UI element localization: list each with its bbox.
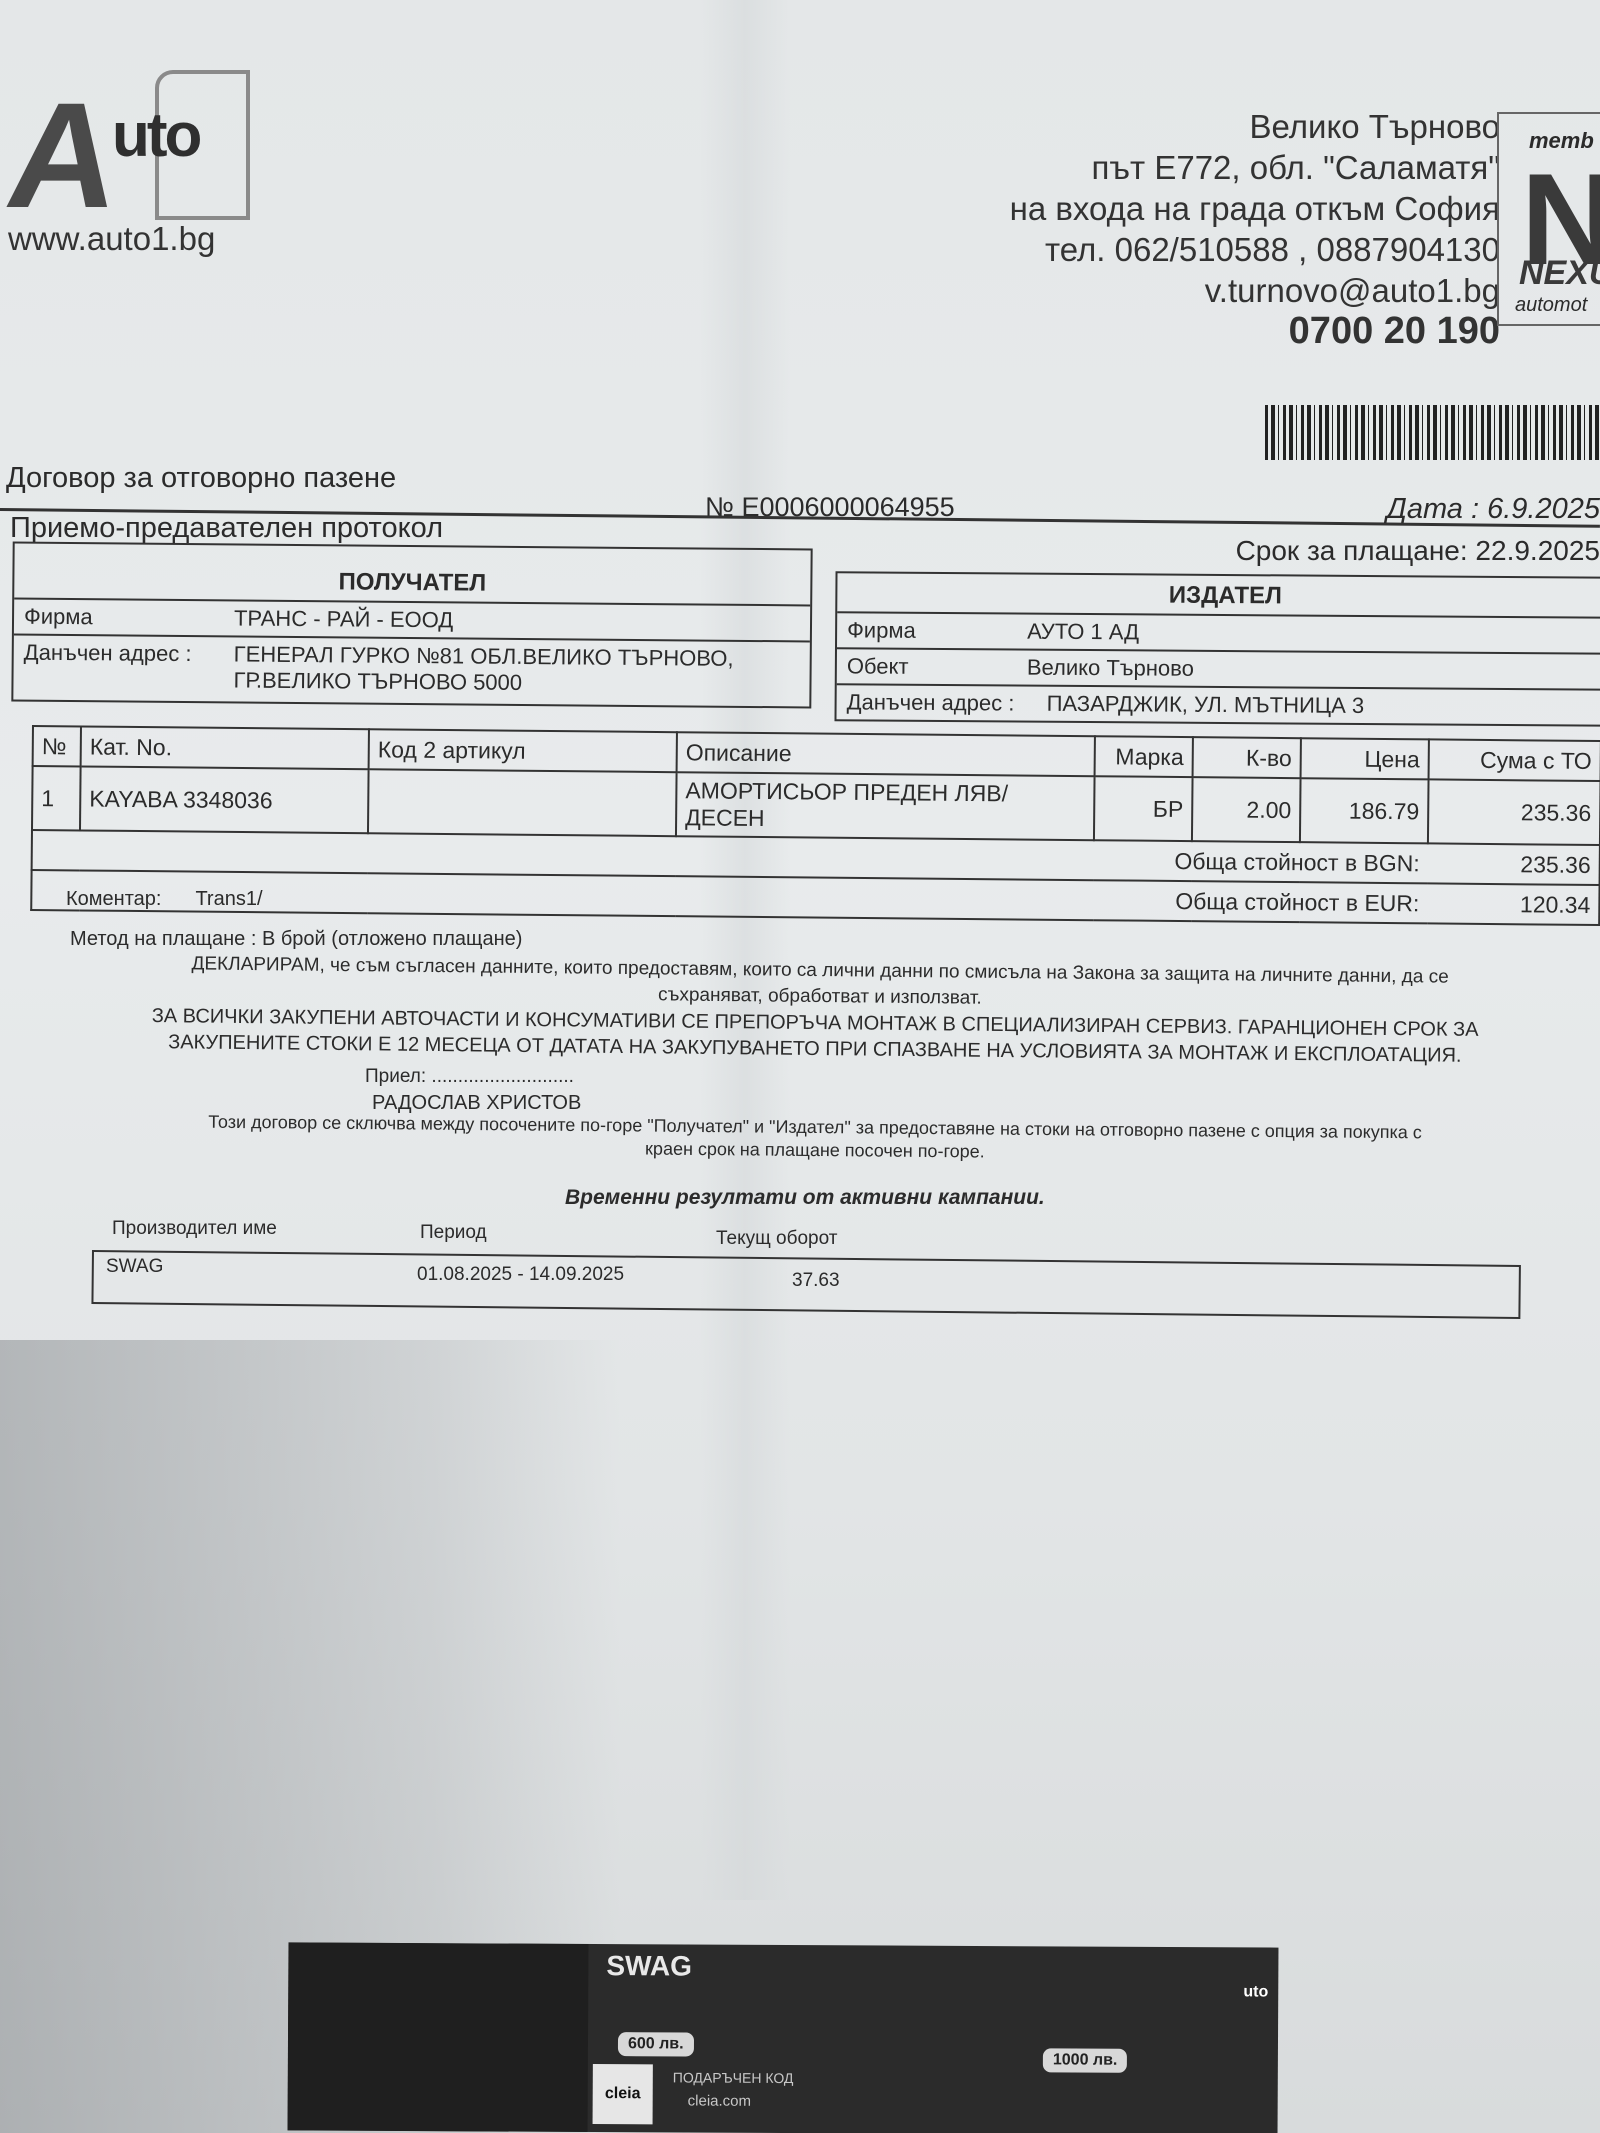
- recipient-firm-label: Фирма: [24, 604, 234, 632]
- total-bgn: 235.36: [1428, 843, 1600, 885]
- item-price: 186.79: [1300, 778, 1429, 843]
- document-subtitle: Приемо-предавателен протокол: [10, 512, 443, 545]
- recipient-box: ПОЛУЧАТЕЛ Фирма ТРАНС - РАЙ - ЕООД Данъч…: [11, 542, 812, 709]
- issuer-box: ИЗДАТЕЛ Фирма АУТО 1 АД Обект Велико Тър…: [834, 571, 1600, 726]
- item-cat-no: KAYABA 3348036: [80, 766, 369, 833]
- item-sum: 235.36: [1428, 779, 1600, 845]
- issuer-firm: АУТО 1 АД: [1027, 619, 1600, 649]
- paper-fold: [700, 0, 790, 1900]
- nexus-member-logo: memb N NEXU automot: [1497, 112, 1600, 326]
- campaign-period: 01.08.2025 - 14.09.2025: [417, 1264, 624, 1286]
- issuer-address-row: Данъчен адрес : ПАЗАРДЖИК, УЛ. МЪТНИЦА 3: [836, 685, 1600, 724]
- comment-value: Trans1/: [195, 888, 262, 910]
- col-no: №: [33, 726, 81, 766]
- promo-gift-code: ПОДАРЪЧЕН КОД: [673, 2069, 794, 2086]
- total-eur: 120.34: [1427, 883, 1599, 925]
- recipient-address-line2: ГР.ВЕЛИКО ТЪРНОВО 5000: [233, 667, 799, 698]
- payment-due-date: Срок за плащане: 22.9.2025: [1236, 535, 1600, 567]
- issuer-site-label: Обект: [847, 653, 1027, 680]
- promo-product-panel: [288, 1942, 589, 2132]
- campaign-col-manufacturer: Производител име: [112, 1218, 277, 1240]
- nexus-sub: automot: [1515, 294, 1587, 317]
- item-code2: [368, 769, 677, 836]
- items-table: № Кат. No. Код 2 артикул Описание Марка …: [30, 725, 1600, 926]
- document-title: Договор за отговорно пазене: [6, 462, 396, 495]
- col-price: Цена: [1301, 738, 1429, 779]
- col-cat-no: Кат. No.: [81, 726, 369, 769]
- payment-method: Метод на плащане : В брой (отложено плащ…: [70, 928, 522, 951]
- recipient-header: ПОЛУЧАТЕЛ: [14, 544, 810, 607]
- issuer-firm-row: Фирма АУТО 1 АД: [837, 613, 1600, 654]
- col-code2: Код 2 артикул: [369, 729, 677, 772]
- issuer-firm-label: Фирма: [847, 617, 1027, 644]
- promo-brand: SWAG: [606, 1950, 692, 1982]
- recipient-firm: ТРАНС - РАЙ - ЕООД: [234, 605, 800, 636]
- recipient-address-row: Данъчен адрес : ГЕНЕРАЛ ГУРКО №81 ОБЛ.ВЕ…: [13, 636, 809, 703]
- issuer-header: ИЗДАТЕЛ: [837, 573, 1600, 618]
- comment-label: Коментар:: [66, 888, 161, 910]
- col-qty: К-во: [1193, 737, 1301, 778]
- promo-auto1-logo: uto: [1243, 1983, 1268, 2001]
- promo-banner: SWAG 600 лв. 1000 лв. cleia ПОДАРЪЧЕН КО…: [288, 1942, 1279, 2133]
- document-date: Дата : 6.9.2025: [1386, 493, 1600, 526]
- promo-prize3: 600 лв.: [618, 2032, 694, 2056]
- item-unit: БР: [1094, 776, 1193, 841]
- issuer-site: Велико Търново: [1027, 655, 1600, 685]
- branch-phones: тел. 062/510588 , 0887904130: [1010, 229, 1500, 270]
- item-no: 1: [32, 766, 81, 830]
- logo-letters-uto: uto: [112, 100, 199, 171]
- promo-prize2: 1000 лв.: [1043, 2048, 1128, 2072]
- nexus-name: NEXU: [1519, 254, 1600, 293]
- received-by-label: Приел: ...........................: [365, 1066, 574, 1088]
- cleia-logo: cleia: [593, 2064, 653, 2124]
- col-sum: Сума с ТО: [1429, 739, 1600, 781]
- branch-hotline: 0700 20 190: [1010, 311, 1500, 352]
- campaign-col-period: Период: [420, 1222, 487, 1244]
- recipient-address-label: Данъчен адрес :: [23, 640, 233, 694]
- comment: Коментар:Trans1/: [66, 888, 263, 911]
- col-description: Описание: [677, 732, 1095, 776]
- issuer-address-label: Данъчен адрес :: [847, 689, 1047, 716]
- branch-direction: на входа на града откъм София: [1010, 188, 1500, 229]
- campaign-col-turnover: Текущ оборот: [716, 1228, 837, 1250]
- branch-road: път Е772, обл. "Саламатя": [1010, 147, 1500, 188]
- campaign-turnover: 37.63: [792, 1270, 840, 1292]
- branch-email: v.turnovo@auto1.bg: [1010, 270, 1500, 311]
- item-qty: 2.00: [1192, 777, 1301, 842]
- promo-site: cleia.com: [688, 2093, 751, 2110]
- issuer-address: ПАЗАРДЖИК, УЛ. МЪТНИЦА 3: [1047, 691, 1600, 721]
- item-description: АМОРТИСЬОР ПРЕДЕН ЛЯВ/ДЕСЕН: [676, 772, 1095, 840]
- branch-address: Велико Търново път Е772, обл. "Саламатя"…: [1010, 106, 1500, 352]
- campaigns-title: Временни резултати от активни кампании.: [565, 1186, 1045, 1210]
- issuer-site-row: Обект Велико Търново: [837, 649, 1600, 690]
- barcode: [1265, 405, 1600, 460]
- campaign-manufacturer: SWAG: [106, 1256, 163, 1278]
- col-unit: Марка: [1095, 736, 1193, 777]
- branch-city: Велико Търново: [1010, 106, 1500, 147]
- website-url: www.auto1.bg: [8, 220, 215, 258]
